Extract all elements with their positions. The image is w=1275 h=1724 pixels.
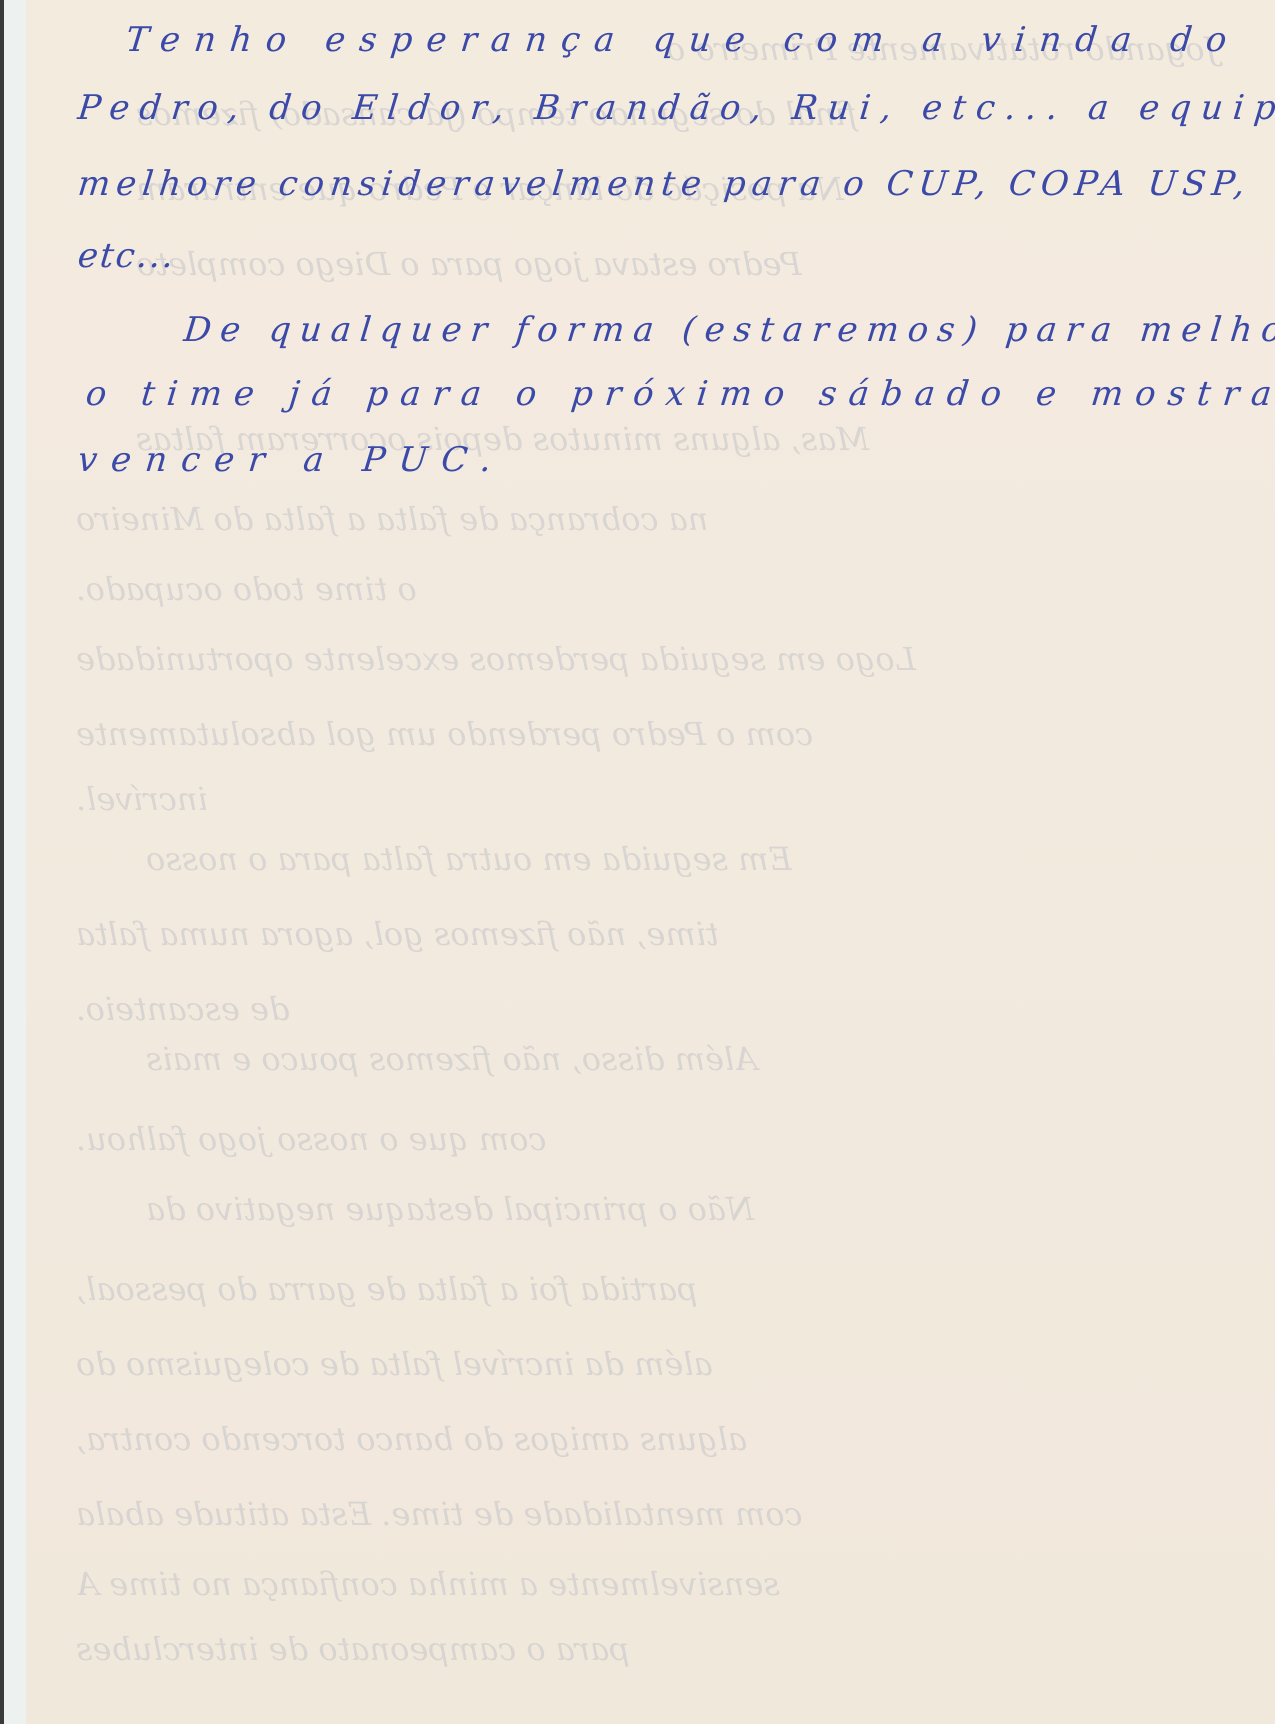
show-through-line: Não o principal destaque negativo da [146, 1190, 754, 1228]
scan-margin-strip [4, 0, 26, 1724]
show-through-line: partida foi a falta de garra do pessoal, [76, 1270, 698, 1308]
handwritten-line: etc... [76, 236, 177, 276]
handwritten-line: vencer a PUC. [76, 440, 507, 480]
handwritten-line: Pedro, do Eldor, Brandão, Rui, etc... a … [76, 88, 1275, 128]
show-through-line: na cobrança de falta a falta do Mineiro [76, 500, 708, 538]
handwritten-line: De qualquer forma (estaremos) para melho… [182, 310, 1275, 350]
show-through-line: incrível. [76, 780, 208, 818]
show-through-line: com que o nosso jogo falhou. [76, 1120, 546, 1158]
show-through-line: além da incrível falta de coleguismo do [76, 1345, 713, 1383]
show-through-line: de escanteio. [76, 990, 289, 1028]
handwritten-line: Tenho esperança que com a vinda do [124, 20, 1243, 60]
show-through-line: para o campeonato de interclubes [76, 1630, 630, 1668]
show-through-line: alguns amigos do banco torcendo contra, [76, 1420, 747, 1458]
show-through-line: sensivelmente a minha confiança no time … [76, 1565, 780, 1603]
handwritten-line: melhore consideravelmente para o CUP, CO… [76, 164, 1253, 204]
show-through-line: com o Pedro perdendo um gol absolutament… [76, 715, 813, 753]
show-through-line: time, não fizemos gol, agora numa falta [76, 915, 719, 953]
show-through-line: Além disso, não fizemos pouco e mais [146, 1040, 757, 1078]
show-through-line: Logo em seguida perdemos excelente oport… [76, 640, 916, 678]
show-through-line: Pedro estava jogo para o Diego completo [136, 245, 802, 283]
handwritten-line: o time já para o próximo sábado e mostra… [84, 374, 1275, 414]
show-through-line: Em seguida em outra falta para o nosso [146, 840, 792, 878]
show-through-line: com mentalidade de time. Esta atitude ab… [76, 1495, 803, 1533]
show-through-line: o time todo ocupado. [76, 570, 417, 608]
letter-page: Jogando rotativamente Primeiro o final d… [26, 0, 1275, 1724]
